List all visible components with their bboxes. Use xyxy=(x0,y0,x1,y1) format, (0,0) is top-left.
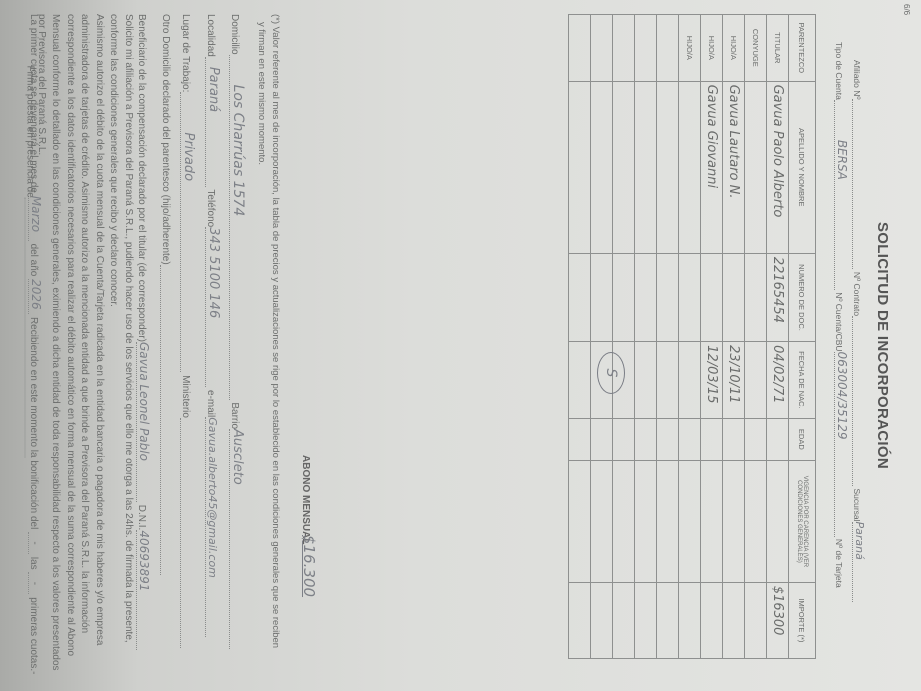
column-header: PARENTEZCO xyxy=(789,15,816,82)
beneficiario-field[interactable]: Gavua Leonel Pablo xyxy=(136,342,151,502)
trabajo-field[interactable]: Privado xyxy=(180,92,196,372)
cell-doc[interactable] xyxy=(657,253,679,341)
cell-nombre[interactable] xyxy=(679,81,701,253)
cell-parentesco xyxy=(591,15,613,82)
contrato-field[interactable] xyxy=(852,316,853,486)
cell-nombre[interactable]: Gavua Paolo Alberto xyxy=(767,81,789,253)
affiliation-paragraph: Solicito mi afiliación a Previsora del P… xyxy=(106,14,135,674)
cell-vigencia[interactable] xyxy=(591,461,613,583)
cell-edad[interactable] xyxy=(701,418,723,460)
table-row: HIJO/A xyxy=(679,15,701,659)
cell-vigencia[interactable] xyxy=(657,461,679,583)
cell-doc[interactable] xyxy=(701,253,723,341)
cell-nombre[interactable] xyxy=(635,81,657,253)
cell-vigencia[interactable] xyxy=(569,461,591,583)
cell-nac[interactable] xyxy=(745,342,767,419)
cuenta-cbu-field[interactable]: 063004/35129 xyxy=(834,352,849,537)
cell-edad[interactable] xyxy=(591,418,613,460)
beneficiario-row: Beneficiario de la compensación declarad… xyxy=(136,14,151,650)
cell-doc[interactable]: 22165454 xyxy=(767,253,789,341)
telefono-field[interactable]: 343 5100 146 xyxy=(205,227,221,387)
cell-edad[interactable] xyxy=(613,418,635,460)
cell-doc[interactable] xyxy=(679,253,701,341)
column-header: APELLIDO Y NOMBRE xyxy=(789,81,816,253)
domicilio-row: DomicilioLos Charrúas 1574 BarrioAusclet… xyxy=(229,14,246,649)
cell-parentesco: HIJO/A xyxy=(679,15,701,82)
cell-parentesco: HIJO/A xyxy=(701,15,723,82)
cell-importe[interactable] xyxy=(635,582,657,658)
header-row-1: Afiliado Nº Nº Contrato SucursalParaná xyxy=(852,60,866,602)
page-number: 6/6 xyxy=(902,4,911,15)
cell-nombre[interactable]: Gavua Giovanni xyxy=(701,81,723,253)
cell-doc[interactable] xyxy=(745,253,767,341)
note-line-1: (*) Valor referente al mes de incorporac… xyxy=(270,14,281,648)
cell-importe[interactable] xyxy=(657,582,679,658)
cell-parentesco xyxy=(635,15,657,82)
cell-importe[interactable] xyxy=(723,582,745,658)
cell-doc[interactable] xyxy=(569,253,591,341)
cell-nac[interactable]: 04/02/71 xyxy=(767,342,789,419)
cell-edad[interactable] xyxy=(723,418,745,460)
beneficiario-dni-field[interactable]: 40693891 xyxy=(136,530,151,650)
cell-importe[interactable] xyxy=(701,582,723,658)
cell-importe[interactable] xyxy=(613,582,635,658)
cell-edad[interactable] xyxy=(635,418,657,460)
table-row xyxy=(657,15,679,659)
cell-vigencia[interactable] xyxy=(745,461,767,583)
cell-doc[interactable] xyxy=(591,253,613,341)
cell-vigencia[interactable] xyxy=(635,461,657,583)
cell-vigencia[interactable] xyxy=(613,461,635,583)
cell-importe[interactable] xyxy=(591,582,613,658)
cell-vigencia[interactable] xyxy=(723,461,745,583)
cell-parentesco: TITULAR xyxy=(767,15,789,82)
cell-parentesco xyxy=(613,15,635,82)
localidad-row: LocalidadParaná Teléfono343 5100 146 e-m… xyxy=(205,14,221,637)
cell-nac[interactable] xyxy=(679,342,701,419)
table-row: HIJO/AGavua Giovanni12/03/15 xyxy=(701,15,723,659)
cell-vigencia[interactable] xyxy=(679,461,701,583)
header-row-2: Tipo de CuentaBERSA Nº Cuenta/CBU063004/… xyxy=(834,42,849,588)
otro-domicilio-row: Otro Domicilio declarado del parentesco … xyxy=(160,14,171,575)
cell-nac[interactable] xyxy=(635,342,657,419)
cell-importe[interactable] xyxy=(569,582,591,658)
column-header: EDAD xyxy=(789,418,816,460)
cell-parentesco xyxy=(569,15,591,82)
table-row: HIJO/AGavua Lautaro N.23/10/11 xyxy=(723,15,745,659)
column-header: VIGENCIA POR CARENCIA (VER CONDICIONES G… xyxy=(789,461,816,583)
cell-nombre[interactable] xyxy=(657,81,679,253)
table-row: CONYUGE xyxy=(745,15,767,659)
table-row: TITULARGavua Paolo Alberto2216545404/02/… xyxy=(767,15,789,659)
table-row xyxy=(591,15,613,659)
cell-nombre[interactable] xyxy=(591,81,613,253)
cell-edad[interactable] xyxy=(657,418,679,460)
cell-nac[interactable]: 23/10/11 xyxy=(723,342,745,419)
afiliado-field[interactable] xyxy=(852,99,853,269)
barrio-field[interactable]: Auscleto xyxy=(229,429,245,649)
domicilio-field[interactable]: Los Charrúas 1574 xyxy=(229,55,246,400)
cell-vigencia[interactable] xyxy=(701,461,723,583)
column-header: FECHA DE NAC. xyxy=(789,342,816,419)
cell-parentesco: HIJO/A xyxy=(723,15,745,82)
cell-nombre[interactable] xyxy=(745,81,767,253)
cell-nac[interactable]: 12/03/15 xyxy=(701,342,723,419)
note-line-2: y firman en este mismo momento. xyxy=(256,22,267,165)
cell-edad[interactable] xyxy=(745,418,767,460)
cell-parentesco xyxy=(657,15,679,82)
circled-s-mark: S xyxy=(597,352,625,394)
column-header: IMPORTE (*) xyxy=(789,582,816,658)
page-title: SOLICITUD DE INCORPORACIÓN xyxy=(874,0,891,691)
trabajo-row: Lugar de Trabajo:Privado Ministerio xyxy=(180,14,196,648)
email-field[interactable]: Gavua.alberto45@gmail.com xyxy=(205,417,219,637)
cell-nombre[interactable] xyxy=(613,81,635,253)
cell-nac[interactable] xyxy=(657,342,679,419)
cell-doc[interactable] xyxy=(635,253,657,341)
table-row xyxy=(613,15,635,659)
localidad-field[interactable]: Paraná xyxy=(205,57,221,187)
cell-vigencia[interactable] xyxy=(767,461,789,583)
column-header: NUMERO DE DOC. xyxy=(789,253,816,341)
tipo-cuenta-field[interactable]: BERSA xyxy=(834,100,849,290)
debit-authorization-paragraph: Asimismo autorizo el débito de la cuota … xyxy=(34,14,107,674)
table-row xyxy=(635,15,657,659)
cell-nombre[interactable]: Gavua Lautaro N. xyxy=(723,81,745,253)
cell-doc[interactable] xyxy=(723,253,745,341)
cell-doc[interactable] xyxy=(613,253,635,341)
ministerio-field[interactable] xyxy=(180,418,181,648)
cell-importe[interactable] xyxy=(745,582,767,658)
cell-nombre[interactable] xyxy=(569,81,591,253)
table-row xyxy=(569,15,591,659)
cell-edad[interactable] xyxy=(679,418,701,460)
cell-nac[interactable] xyxy=(569,342,591,419)
cell-parentesco: CONYUGE xyxy=(745,15,767,82)
otro-domicilio-field[interactable] xyxy=(160,265,161,575)
sucursal-field[interactable]: Paraná xyxy=(852,522,866,602)
cell-edad[interactable] xyxy=(569,418,591,460)
cell-importe[interactable] xyxy=(679,582,701,658)
cell-importe[interactable]: $16300 xyxy=(767,582,789,658)
incorporation-form-page: 6/6 SOLICITUD DE INCORPORACIÓN Afiliado … xyxy=(0,0,921,691)
members-table: PARENTEZCOAPELLIDO Y NOMBRENUMERO DE DOC… xyxy=(568,14,816,659)
cell-edad[interactable] xyxy=(767,418,789,460)
abono-label: ABONO MENSUAL xyxy=(300,455,311,544)
abono-value: $16.300 xyxy=(300,535,318,597)
